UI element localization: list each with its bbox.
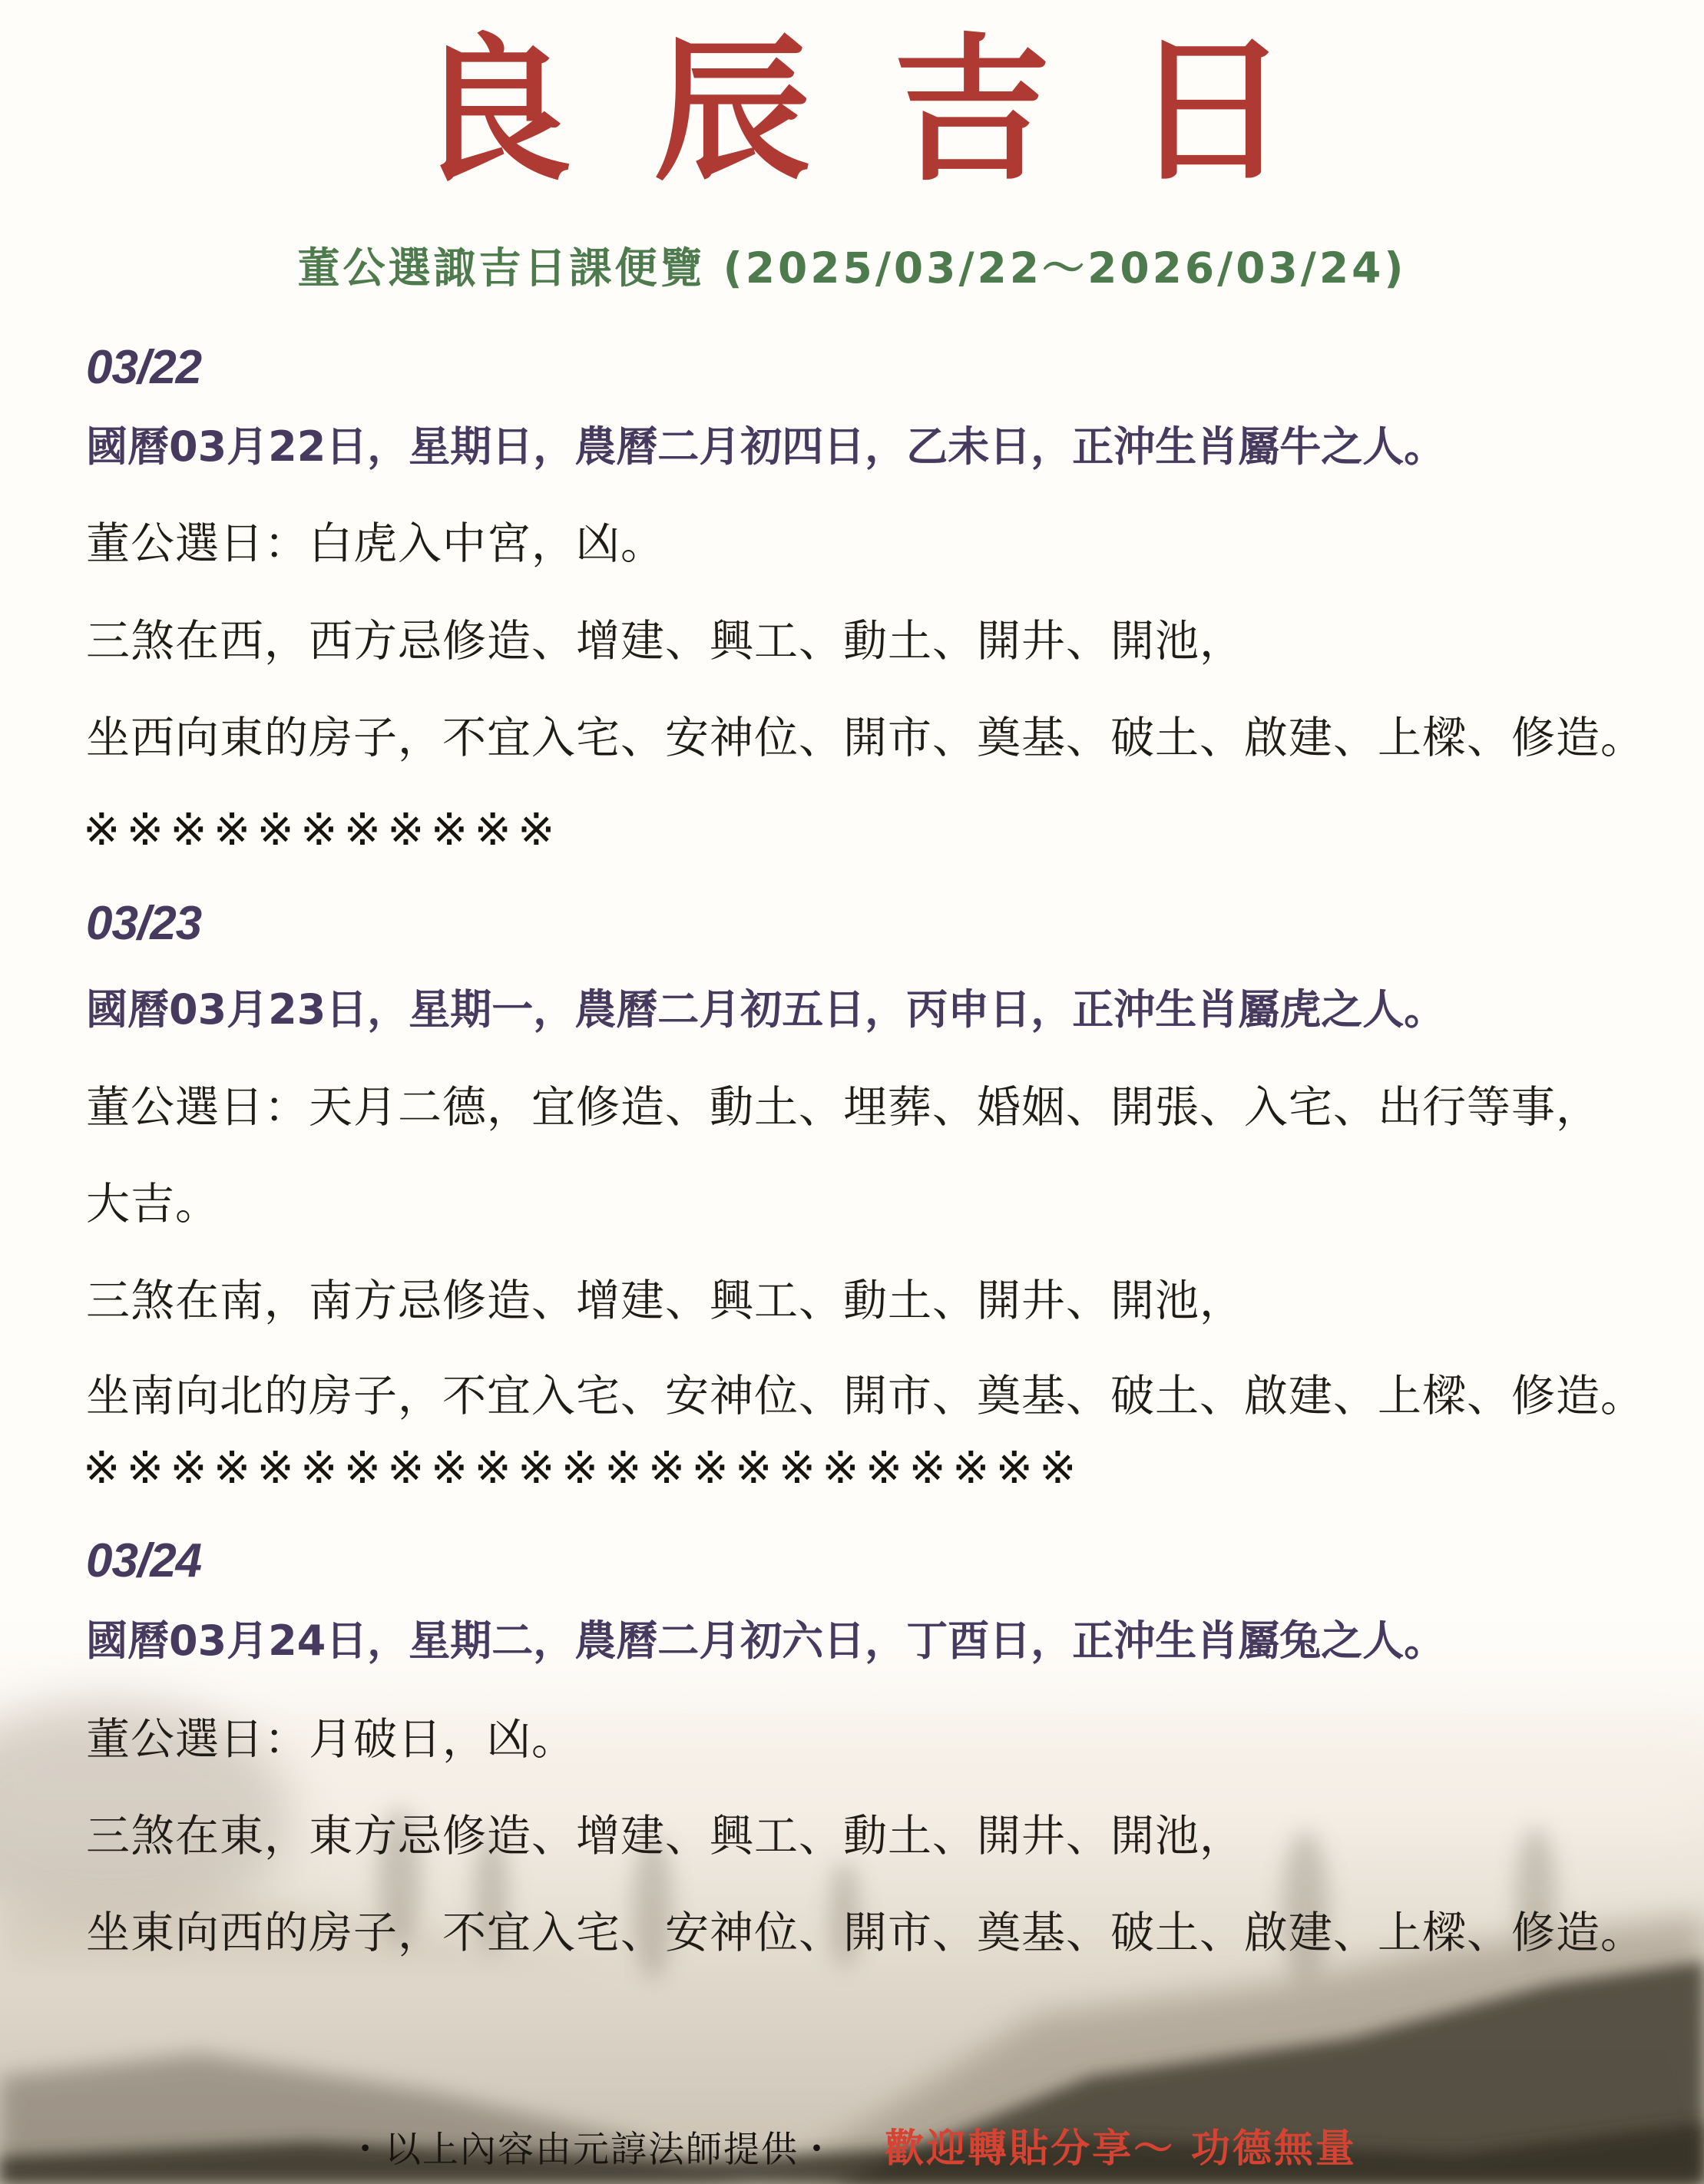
house-orientation-line: 坐西向東的房子，不宜入宅、安神位、開市、奠基、破土、啟建、上樑、修造。 <box>86 713 1645 764</box>
dong-gong-verdict-line-2: 大吉。 <box>86 1180 220 1230</box>
date-heading: 03/23 <box>86 900 201 948</box>
separator-row: ※※※※※※※※※※※ <box>83 807 561 852</box>
dong-gong-verdict-line: 董公選日：天月二德，宜修造、動土、埋葬、婚姻、開張、入宅、出行等事， <box>86 1083 1600 1133</box>
footer: ・以上內容由元諄法師提供・ 歡迎轉貼分享～ 功德無量 <box>0 2116 1704 2173</box>
dong-gong-verdict-line: 董公選日：月破日，凶。 <box>86 1715 576 1765</box>
dong-gong-verdict-line: 董公選日：白虎入中宮，凶。 <box>86 519 665 570</box>
separator-row: ※※※※※※※※※※※※※※※※※※※※※※※ <box>83 1445 1083 1490</box>
poster-title: 良辰吉日 <box>0 29 1704 194</box>
almanac-poster: 良辰吉日 董公選諏吉日課便覽 (2025/03/22～2026/03/24) 0… <box>0 0 1704 2184</box>
gregorian-info-line: 國曆03月24日，星期二，農曆二月初六日，丁酉日，正沖生肖屬兔之人。 <box>86 1617 1445 1665</box>
san-sha-line: 三煞在西，西方忌修造、增建、興工、動土、開井、開池， <box>86 617 1244 667</box>
date-heading: 03/22 <box>86 344 201 392</box>
footer-provider-text: ・以上內容由元諄法師提供・ <box>347 2129 836 2171</box>
poster-subtitle: 董公選諏吉日課便覽 (2025/03/22～2026/03/24) <box>0 243 1704 293</box>
gregorian-info-line: 國曆03月22日，星期日，農曆二月初四日，乙未日，正沖生肖屬牛之人。 <box>86 423 1445 471</box>
gregorian-info-line: 國曆03月23日，星期一，農曆二月初五日，丙申日，正沖生肖屬虎之人。 <box>86 986 1445 1034</box>
landscape-watercolor-background <box>0 1585 1704 2184</box>
footer-share-text: 歡迎轉貼分享～ 功德無量 <box>885 2126 1357 2172</box>
san-sha-line: 三煞在東，東方忌修造、增建、興工、動土、開井、開池， <box>86 1812 1244 1862</box>
house-orientation-line: 坐南向北的房子，不宜入宅、安神位、開市、奠基、破土、啟建、上樑、修造。 <box>86 1372 1645 1422</box>
san-sha-line: 三煞在南，南方忌修造、增建、興工、動土、開井、開池， <box>86 1276 1244 1327</box>
date-heading: 03/24 <box>86 1537 201 1585</box>
house-orientation-line: 坐東向西的房子，不宜入宅、安神位、開市、奠基、破土、啟建、上樑、修造。 <box>86 1908 1645 1959</box>
